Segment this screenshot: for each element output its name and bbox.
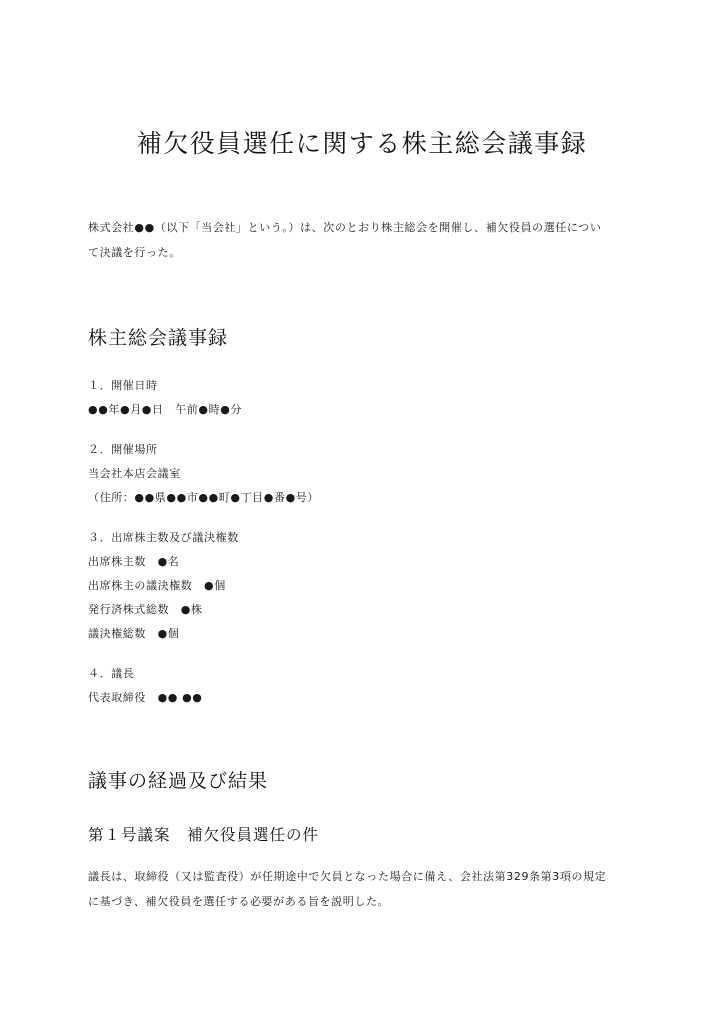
agenda-1-heading: 第１号議案 補欠役員選任の件 [88,823,319,845]
item-3-attending-shareholders: 出席株主数 ●名 [88,553,179,569]
intro-line-1: 株式会社●●（以下「当会社」という。）は、次のとおり株主総会を開催し、補欠役員の… [88,219,601,235]
item-4-chair: 代表取締役 ●● ●● [88,689,203,705]
item-2-label: ２．開催場所 [88,441,158,457]
intro-line-2: て決議を行った。 [88,244,181,260]
document-title: 補欠役員選任に関する株主総会議事録 [0,124,724,160]
item-2-place: 当会社本店会議室 [88,465,181,481]
proceedings-heading: 議事の経過及び結果 [88,766,268,793]
item-3-issued-shares: 発行済株式総数 ●株 [88,601,203,617]
document-page: 補欠役員選任に関する株主総会議事録 株式会社●●（以下「当会社」という。）は、次… [0,0,724,1024]
minutes-heading: 株主総会議事録 [88,323,228,350]
item-3-total-votes: 議決権総数 ●個 [88,625,179,641]
agenda-1-line-2: に基づき、補欠役員を選任する必要がある旨を説明した。 [88,893,389,909]
item-1-datetime: ●●年●月●日 午前●時●分 [88,401,242,417]
agenda-1-line-1: 議長は、取締役（又は監査役）が任期途中で欠員となった場合に備え、会社法第329条… [88,868,606,884]
item-4-label: ４．議長 [88,665,134,681]
item-3-attending-votes: 出席株主の議決権数 ●個 [88,577,226,593]
item-3-label: ３．出席株主数及び議決権数 [88,529,239,545]
item-2-address: （住所：●●県●●市●●町●丁目●番●号） [88,489,319,505]
item-1-label: １．開催日時 [88,377,158,393]
